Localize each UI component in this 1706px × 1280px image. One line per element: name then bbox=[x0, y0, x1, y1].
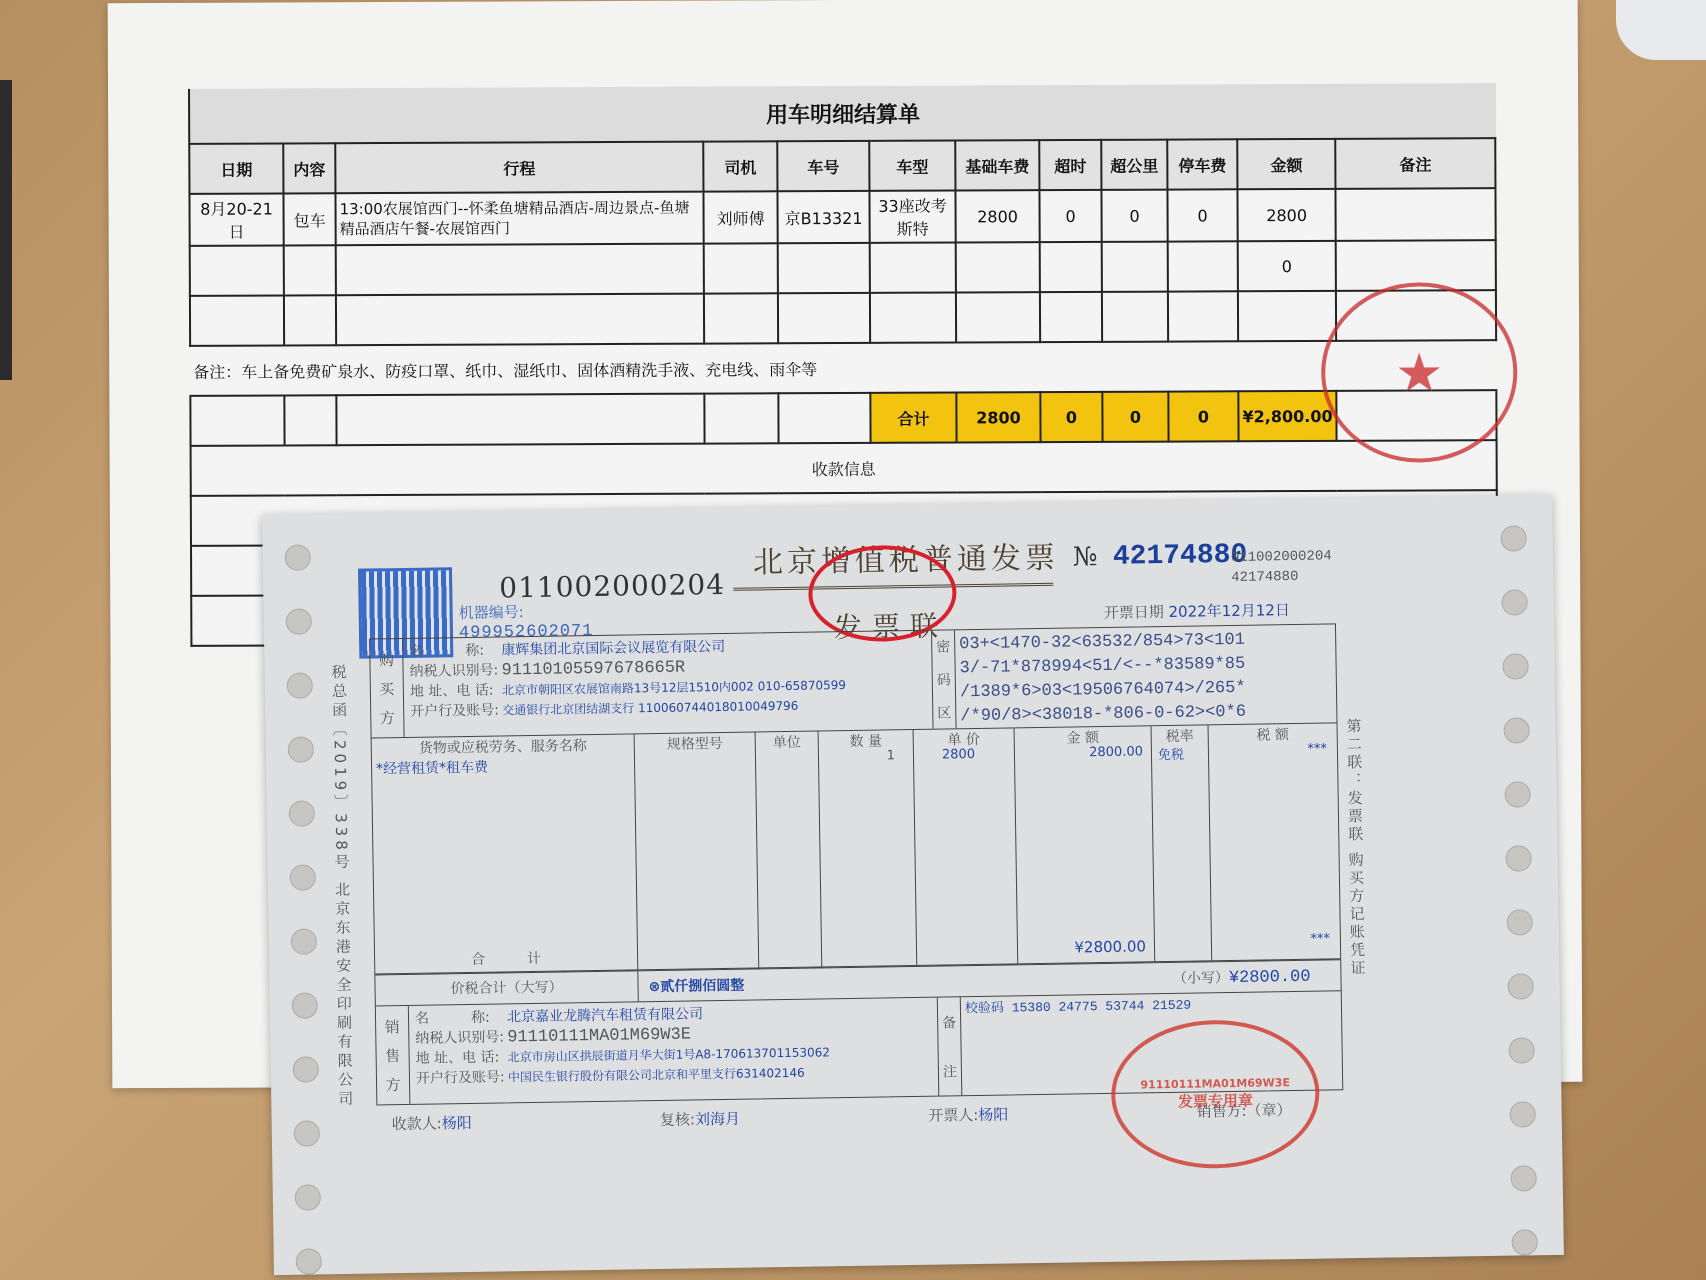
total-base-fee: 2800 bbox=[956, 392, 1040, 442]
settlement-title: 用车明细结算单 bbox=[188, 83, 1496, 143]
col-qty: 数 量1 bbox=[819, 730, 918, 966]
printer-margin-text: 税总函〔2019〕338号 北京东港安全印刷有限公司 bbox=[328, 664, 356, 1110]
reviewer: 复核:刘海月 bbox=[660, 1108, 740, 1130]
cell-empty bbox=[284, 395, 336, 445]
label-char: 方 bbox=[385, 1074, 400, 1095]
drawer: 开票人:杨阳 bbox=[928, 1104, 1008, 1126]
cell-base-fee: 2800 bbox=[955, 190, 1039, 242]
cell-empty bbox=[190, 245, 284, 295]
note-row: 备注：车上备免费矿泉水、防疫口罩、纸巾、湿纸巾、固体酒精洗手液、充电线、雨伞等 bbox=[190, 340, 1496, 396]
total-row: 合计 2800 0 0 0 ¥2,800.00 bbox=[190, 390, 1496, 446]
col-header: 基础车费 bbox=[955, 140, 1039, 190]
star-icon: ★ bbox=[1395, 341, 1444, 404]
cell-empty bbox=[778, 243, 870, 293]
buyer-info: 名 称:康辉集团北京国际会议展览有限公司 纳税人识别号:911101055976… bbox=[403, 631, 933, 737]
cell-empty bbox=[284, 245, 336, 295]
buyer-address: 北京市朝阳区农展馆南路13号12层1510内002 010-65870599 bbox=[502, 678, 846, 697]
total-amount: ¥2,800.00 bbox=[1238, 391, 1336, 441]
col-header: 超时 bbox=[1039, 140, 1101, 190]
label-char: 销 bbox=[384, 1016, 399, 1037]
col-header: 车号 bbox=[777, 141, 869, 191]
table-row: 0 bbox=[190, 240, 1496, 296]
desk-object bbox=[1616, 0, 1706, 60]
col-name: 货物或应税劳务、服务名称*经营租赁*租车费 bbox=[372, 734, 639, 973]
invoice-seal: 91110111MA01M69W3E 发票专用章 bbox=[1110, 1019, 1320, 1170]
col-header: 司机 bbox=[703, 141, 777, 191]
label-char: 码 bbox=[937, 669, 951, 689]
col-header: 金额 bbox=[1237, 139, 1335, 189]
code-small: 011002000204 bbox=[1231, 546, 1332, 568]
field-label: 名 称: bbox=[415, 1007, 507, 1028]
desk-object bbox=[0, 80, 12, 380]
cell-empty bbox=[704, 393, 778, 443]
cell-empty bbox=[1238, 291, 1336, 341]
issue-date-label: 开票日期 bbox=[1104, 603, 1164, 622]
buyer-label: 购 买 方 bbox=[370, 639, 405, 738]
item-rate: 免税 bbox=[1158, 744, 1184, 763]
label-char: 备 bbox=[942, 1012, 956, 1032]
field-label: 纳税人识别号: bbox=[409, 660, 501, 681]
col-header: 内容 bbox=[283, 143, 335, 193]
cell-empty bbox=[704, 293, 778, 343]
total-label: 合计 bbox=[870, 393, 956, 443]
tractor-holes-left bbox=[285, 544, 326, 1274]
cell-empty bbox=[704, 243, 778, 293]
cell-empty bbox=[1040, 242, 1102, 292]
reviewer-name: 刘海月 bbox=[695, 1110, 740, 1129]
total-parking: 0 bbox=[1168, 391, 1238, 441]
cell-empty bbox=[956, 242, 1040, 292]
col-header: 备注 bbox=[1335, 138, 1495, 189]
col-header: 车型 bbox=[869, 141, 955, 191]
cell-amount: 2800 bbox=[1237, 189, 1335, 241]
cell-over-km: 0 bbox=[1101, 190, 1167, 242]
seller-bank: 中国民生银行股份有限公司北京和平里支行631402146 bbox=[508, 1066, 805, 1085]
cell-empty bbox=[870, 243, 956, 293]
label-char: 区 bbox=[937, 702, 951, 722]
cell-parking: 0 bbox=[1167, 189, 1237, 241]
invoice-number: 42174880 bbox=[1113, 540, 1248, 573]
cell-empty bbox=[336, 394, 704, 446]
cell-empty bbox=[778, 393, 870, 443]
item-tax: *** bbox=[1307, 741, 1327, 756]
drawer-name: 杨阳 bbox=[978, 1106, 1008, 1124]
col-spec: 规格型号 bbox=[635, 732, 760, 969]
cell-route: 13:00农展馆西门--怀柔鱼塘精品酒店-周边景点-鱼塘精品酒店午餐-农展馆西门 bbox=[335, 192, 703, 246]
cell-driver: 刘师傅 bbox=[703, 191, 777, 243]
vat-invoice: 011002000204 北京增值税普通发票 发票联 № 42174880 01… bbox=[262, 495, 1564, 1275]
issue-date: 开票日期 2022年12月12日 bbox=[1104, 599, 1290, 623]
item-amount: 2800.00 bbox=[1089, 744, 1143, 760]
cell-empty bbox=[1102, 292, 1168, 342]
seal-type: 发票专用章 bbox=[1178, 1090, 1253, 1112]
cipher-area: 03+<1470-32<63532/854>73<101 3/-71*87899… bbox=[955, 624, 1336, 728]
cell-amount: 0 bbox=[1238, 241, 1336, 291]
payee: 收款人:杨阳 bbox=[392, 1112, 472, 1134]
cell-empty bbox=[336, 244, 704, 296]
cipher-label: 密 码 区 bbox=[932, 630, 957, 728]
items-section: 货物或应税劳务、服务名称*经营租赁*租车费 规格型号 单位 数 量1 单 价28… bbox=[372, 723, 1341, 974]
col-rate: 税率免税 bbox=[1152, 725, 1213, 961]
cell-empty bbox=[778, 293, 870, 343]
seal-tax-id: 91110111MA01M69W3E bbox=[1140, 1076, 1290, 1091]
cell-date: 8月20-21日 bbox=[189, 193, 283, 245]
cell-empty bbox=[956, 292, 1040, 342]
cell-content: 包车 bbox=[283, 193, 335, 245]
label-char: 密 bbox=[936, 637, 950, 657]
payee-name: 杨阳 bbox=[442, 1114, 472, 1132]
seller-address: 北京市房山区拱辰街道月华大街1号A8-17061370115306​2 bbox=[508, 1045, 831, 1064]
field-label: 开户行及账号: bbox=[416, 1067, 508, 1088]
col-header: 规格型号 bbox=[635, 732, 755, 756]
label-char: 方 bbox=[380, 707, 395, 728]
copy-margin-text: 第二联：发票联 购买方记账凭证 bbox=[1343, 718, 1368, 978]
col-header: 停车费 bbox=[1167, 139, 1237, 189]
check-code-label: 校验码 bbox=[965, 1001, 1004, 1017]
label-char: 注 bbox=[943, 1061, 957, 1081]
item-price: 2800 bbox=[942, 747, 975, 763]
total-tax: *** bbox=[1310, 931, 1330, 946]
amount-small: （小写）¥2800.00 bbox=[1173, 965, 1341, 989]
note-text: 备注：车上备免费矿泉水、防疫口罩、纸巾、湿纸巾、固体酒精洗手液、充电线、雨伞等 bbox=[190, 340, 1496, 396]
cell-empty bbox=[1168, 241, 1238, 291]
field-label: 开户行及账号: bbox=[410, 700, 502, 721]
col-header: 数 量 bbox=[819, 730, 913, 753]
cell-empty bbox=[190, 295, 284, 345]
invoice-code: 011002000204 bbox=[499, 568, 725, 605]
cell-empty bbox=[870, 293, 956, 343]
drawer-label: 开票人: bbox=[928, 1106, 978, 1125]
payment-heading-row: 收款信息 bbox=[191, 440, 1497, 496]
label-char: 购 bbox=[379, 649, 394, 670]
table-header-row: 日期 内容 行程 司机 车号 车型 基础车费 超时 超公里 停车费 金额 备注 bbox=[189, 138, 1495, 194]
buyer-section: 购 买 方 名 称:康辉集团北京国际会议展览有限公司 纳税人识别号:911101… bbox=[370, 624, 1336, 738]
field-label: 地 址、电 话: bbox=[416, 1047, 508, 1068]
issue-date-value: 2022年12月12日 bbox=[1168, 601, 1290, 621]
cell-empty bbox=[1102, 242, 1168, 292]
remark-label: 备 注 bbox=[938, 997, 963, 1095]
item-qty: 1 bbox=[887, 748, 896, 763]
reviewer-label: 复核: bbox=[660, 1110, 695, 1129]
label-char: 售 bbox=[385, 1045, 400, 1066]
total-overtime: 0 bbox=[1040, 392, 1102, 442]
col-header: 超公里 bbox=[1101, 140, 1167, 190]
amount-small-value: ¥2800.00 bbox=[1229, 967, 1311, 987]
total-over-km: 0 bbox=[1102, 392, 1168, 442]
check-code: 15380 24775 53744 21529 bbox=[1012, 998, 1192, 1016]
col-unit: 单位 bbox=[756, 731, 823, 967]
buyer-name: 康辉集团北京国际会议展览有限公司 bbox=[501, 639, 725, 659]
table-row bbox=[190, 290, 1496, 346]
cell-empty bbox=[1040, 292, 1102, 342]
col-header: 单位 bbox=[756, 731, 818, 754]
payee-label: 收款人: bbox=[392, 1114, 442, 1133]
table-row: 8月20-21日 包车 13:00农展馆西门--怀柔鱼塘精品酒店-周边景点-鱼塘… bbox=[189, 188, 1495, 246]
machine-label: 机器编号: bbox=[459, 601, 524, 623]
label-char: 买 bbox=[379, 678, 394, 699]
seller-name: 北京嘉业龙腾汽车租赁有限公司 bbox=[507, 1006, 703, 1025]
company-seal: ★ bbox=[1321, 282, 1518, 463]
cell-overtime: 0 bbox=[1039, 190, 1101, 242]
cell-empty bbox=[336, 294, 704, 346]
col-header: 日期 bbox=[189, 143, 283, 193]
number-label: № bbox=[1073, 542, 1098, 572]
invoice-code-small: 011002000204 42174880 bbox=[1231, 546, 1332, 588]
cell-empty bbox=[190, 395, 284, 445]
amount-words-value: ⊗贰仟捌佰圆整 bbox=[638, 968, 1173, 996]
field-label: 地 址、电 话: bbox=[410, 680, 502, 701]
col-price: 单 价2800 bbox=[914, 728, 1019, 965]
cell-empty bbox=[284, 295, 336, 345]
field-label: 名 称: bbox=[409, 640, 501, 661]
amount-words-label: 价税合计（大写） bbox=[375, 971, 638, 1005]
field-label: 纳税人识别号: bbox=[415, 1027, 507, 1048]
seller-info: 名 称:北京嘉业龙腾汽车租赁有限公司 纳税人识别号:91110111MA01M6… bbox=[409, 998, 939, 1104]
cell-vehicle: 33座改考斯特 bbox=[869, 191, 955, 243]
number-small: 42174880 bbox=[1231, 566, 1332, 588]
cell-remark bbox=[1336, 188, 1496, 241]
amount-small-label: （小写） bbox=[1173, 970, 1229, 987]
seller-label: 销 售 方 bbox=[376, 1006, 411, 1105]
payment-heading: 收款信息 bbox=[191, 440, 1497, 496]
cell-plate: 京B13321 bbox=[777, 191, 869, 243]
col-header: 行程 bbox=[335, 142, 703, 194]
cell-empty bbox=[1168, 291, 1238, 341]
col-tax: 税 额****** bbox=[1209, 723, 1341, 960]
total-amount: ¥2800.00 bbox=[1074, 937, 1146, 956]
col-amount: 金 额2800.00¥2800.00 bbox=[1015, 726, 1156, 963]
buyer-bank: 交通银行北京团结湖支行 110060744018010049796 bbox=[502, 699, 798, 718]
item-name: *经营租赁*租车费 bbox=[376, 757, 488, 779]
col-header: 货物或应税劳务、服务名称 bbox=[372, 734, 634, 760]
tractor-holes-right bbox=[1500, 525, 1541, 1255]
